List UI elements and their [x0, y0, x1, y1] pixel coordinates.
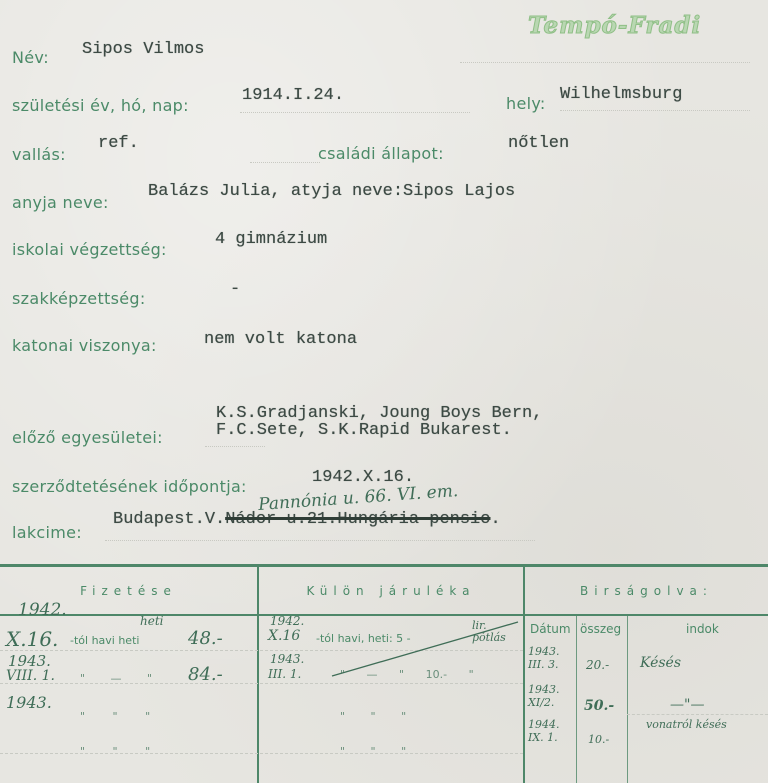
column-divider	[627, 616, 628, 783]
salary-year-1: 1942.	[18, 600, 67, 620]
military-status-label: katonai viszonya:	[12, 336, 157, 355]
salary-text-2: " — "	[80, 672, 152, 685]
contract-date-label: szerződtetésének időpontja:	[12, 477, 247, 496]
salary-year-3: 1943.	[6, 693, 52, 712]
row-line	[0, 683, 523, 684]
dotted-line	[205, 446, 265, 447]
fine-amount-2: 50.-	[584, 698, 614, 714]
diagonal-strike-mark	[330, 620, 520, 680]
fine-date-1: 1943. III. 3.	[528, 645, 574, 671]
salary-date-2: VIII. 1.	[6, 668, 55, 684]
header-birsagolva: Birságolva:	[525, 584, 768, 598]
fine-date-3: 1944. IX. 1.	[528, 718, 574, 744]
salary-note-1: heti	[140, 614, 164, 628]
column-divider	[523, 566, 525, 783]
birthplace-value: Wilhelmsburg	[560, 85, 682, 104]
marital-status-value: nőtlen	[508, 134, 569, 153]
address-prefix: Budapest.V.	[113, 510, 225, 529]
salary-amount-2: 84.-	[188, 664, 223, 685]
extra-text-4: " " "	[340, 745, 406, 758]
military-status-value: nem volt katona	[204, 330, 357, 349]
address-struck: Nádor u.21.Hungária pensio	[225, 510, 490, 529]
header-fizetese: Fizetése	[0, 584, 257, 598]
education-label: iskolai végzettség:	[12, 240, 167, 259]
fine-amount-3: 10.-	[588, 733, 609, 746]
salary-amount-1: 48.-	[188, 628, 223, 649]
salary-text-3: " " "	[80, 710, 150, 723]
name-value: Sipos Vilmos	[82, 40, 204, 59]
table-top-border	[0, 564, 768, 567]
name-label: Név:	[12, 48, 49, 67]
row-line	[627, 714, 768, 715]
previous-clubs-line2: F.C.Sete, S.K.Rapid Bukarest.	[216, 421, 512, 440]
column-divider	[257, 566, 259, 783]
fine-reason-3: vonatról késés	[646, 718, 756, 732]
fine-amount-1: 20.-	[586, 658, 609, 672]
header-kulon-jaruleka: Külön járuléka	[259, 584, 523, 598]
tempo-fradi-logo: Tempó-Fradi	[528, 12, 701, 39]
table-header-border	[0, 614, 768, 616]
birth-date-label: születési év, hó, nap:	[12, 96, 189, 115]
extra-date-1: X.16	[268, 628, 300, 644]
qualification-value: -	[230, 280, 240, 299]
dotted-line	[560, 110, 750, 111]
birth-date-value: 1914.I.24.	[242, 86, 344, 105]
dotted-line	[460, 62, 750, 63]
extra-date-2: III. 1.	[268, 667, 301, 681]
qualification-label: szakképzettség:	[12, 289, 146, 308]
address-label: lakcime:	[12, 523, 82, 542]
previous-clubs-label: előző egyesületei:	[12, 428, 163, 447]
subheader-indok: indok	[686, 622, 719, 636]
salary-date-1: X.16.	[6, 627, 58, 651]
fine-date-2: 1943. XI/2.	[528, 683, 574, 709]
birthplace-label: hely:	[506, 94, 546, 113]
subheader-datum: Dátum	[530, 622, 571, 636]
salary-text-4: " " "	[80, 745, 150, 758]
mother-name-label: anyja neve:	[12, 193, 109, 212]
address-suffix: .	[490, 510, 500, 529]
marital-status-label: családi állapot:	[318, 144, 444, 163]
extra-year-2: 1943.	[270, 652, 304, 666]
dotted-line	[105, 540, 535, 541]
row-line	[0, 753, 523, 754]
fine-reason-1: Késés	[640, 655, 681, 671]
fine-reason-2: —"—	[670, 697, 704, 713]
education-value: 4 gimnázium	[215, 230, 327, 249]
religion-label: vallás:	[12, 145, 66, 164]
address-value: Budapest.V.Nádor u.21.Hungária pensio.	[113, 510, 501, 529]
extra-text-3: " " "	[340, 710, 406, 723]
subheader-osszeg: összeg	[580, 622, 621, 636]
parents-value: Balázs Julia, atyja neve:Sipos Lajos	[148, 182, 515, 201]
salary-text-1: -tól havi heti	[70, 634, 139, 647]
religion-value: ref.	[98, 134, 139, 153]
extra-year-1: 1942.	[270, 614, 304, 628]
player-registration-card: Tempó-Fradi Név: Sipos Vilmos születési …	[0, 0, 768, 783]
column-divider	[576, 616, 577, 783]
dotted-line	[240, 112, 470, 113]
dotted-line	[250, 162, 320, 163]
